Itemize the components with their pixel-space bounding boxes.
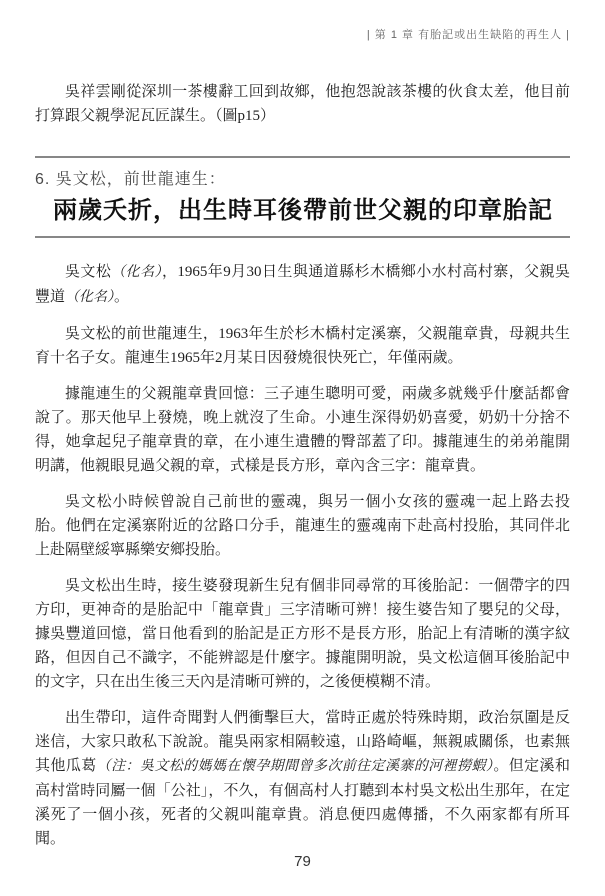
paragraph: 吳文松（化名），1965年9月30日生與通道縣杉木橋鄉小水村高村寨，父親吳豐道（… — [35, 260, 570, 310]
body-text-run: 吳文松的前世龍連生，1963年生於杉木橋村定溪寨，父親龍章貴，母親共生育十名子女… — [35, 326, 570, 366]
section-divider-bottom — [35, 236, 570, 238]
paragraph: 出生帶印，這件奇聞對人們衝擊巨大，當時正處於特殊時期，政治氛圍是反迷信，大家只敢… — [35, 706, 570, 851]
book-page: | 第 1 章 有胎記或出生缺陷的再生人 | 吳祥雲剛從深圳一茶樓辭工回到故鄉，… — [0, 0, 605, 896]
body-paragraphs: 吳文松（化名），1965年9月30日生與通道縣杉木橋鄉小水村高村寨，父親吳豐道（… — [35, 260, 570, 851]
body-text-run: 吳文松小時候曾說自己前世的靈魂，與另一個小女孩的靈魂一起上路去投胎。他們在定溪寨… — [35, 494, 570, 558]
running-header: | 第 1 章 有胎記或出生缺陷的再生人 | — [35, 28, 570, 42]
paragraph: 據龍連生的父親龍章貴回憶：三子連生聰明可愛，兩歲多就幾乎什麼話都會說了。那天他早… — [35, 382, 570, 478]
section-kicker: 6. 吳文松，前世龍連生： — [35, 169, 570, 191]
body-text-run: 據龍連生的父親龍章貴回憶：三子連生聰明可愛，兩歲多就幾乎什麼話都會說了。那天他早… — [35, 386, 570, 474]
paragraph: 吳祥雲剛從深圳一茶樓辭工回到故鄉，他抱怨說該茶樓的伙食太差，他目前打算跟父親學泥… — [35, 80, 570, 128]
body-text-run: 。 — [114, 289, 129, 305]
section-heading-inner: 6. 吳文松，前世龍連生： 兩歲夭折，出生時耳後帶前世父親的印章胎記 — [35, 158, 570, 236]
page-number: 79 — [0, 853, 605, 870]
paragraph: 吳文松的前世龍連生，1963年生於杉木橋村定溪寨，父親龍章貴，母親共生育十名子女… — [35, 322, 570, 370]
annotation-text-run: （化名） — [65, 290, 114, 305]
body-text-run: 吳文松出生時，接生婆發現新生兒有個非同尋常的耳後胎記：一個帶字的四方印，更神奇的… — [35, 578, 570, 690]
paragraph: 吳文松出生時，接生婆發現新生兒有個非同尋常的耳後胎記：一個帶字的四方印，更神奇的… — [35, 574, 570, 694]
body-text-run: 吳祥雲剛從深圳一茶樓辭工回到故鄉，他抱怨說該茶樓的伙食太差，他目前打算跟父親學泥… — [35, 84, 570, 124]
paragraph: 吳文松小時候曾說自己前世的靈魂，與另一個小女孩的靈魂一起上路去投胎。他們在定溪寨… — [35, 490, 570, 562]
section-title: 兩歲夭折，出生時耳後帶前世父親的印章胎記 — [53, 195, 570, 227]
annotation-text-run: （化名） — [111, 265, 162, 280]
body-text-run: 吳文松 — [65, 264, 111, 280]
annotation-text-run: （注：吳文松的媽媽在懷孕期間曾多次前往定溪寨的河裡撈蝦） — [97, 759, 494, 774]
intro-paragraphs: 吳祥雲剛從深圳一茶樓辭工回到故鄉，他抱怨說該茶樓的伙食太差，他目前打算跟父親學泥… — [35, 80, 570, 128]
section-heading: 6. 吳文松，前世龍連生： 兩歲夭折，出生時耳後帶前世父親的印章胎記 — [35, 156, 570, 238]
